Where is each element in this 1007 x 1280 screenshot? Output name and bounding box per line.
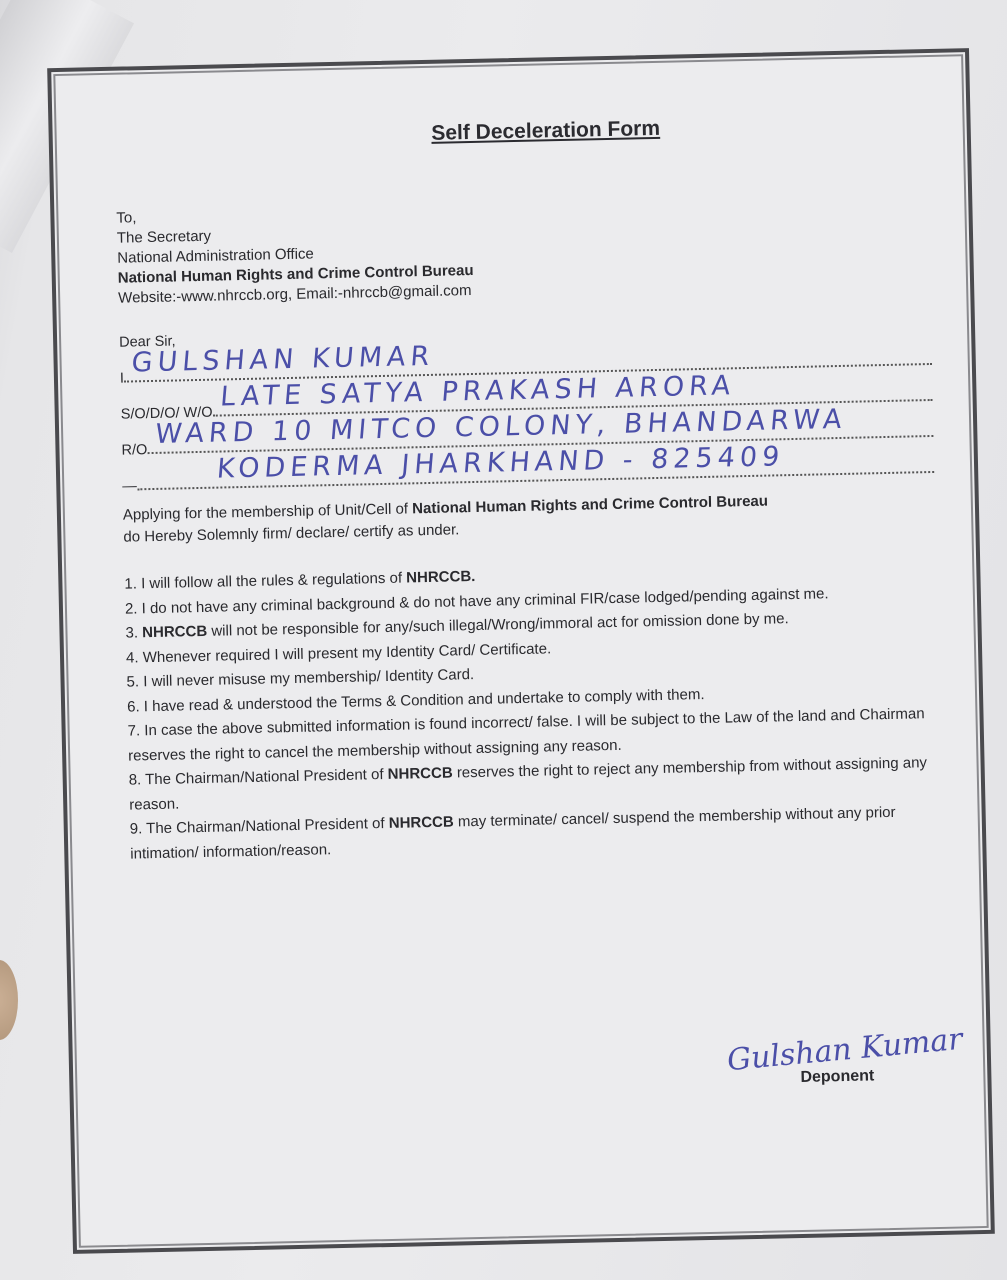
signature-block: Gulshan Kumar Deponent	[726, 1031, 947, 1089]
name-label: I	[120, 371, 124, 387]
declaration-org: NHRCCB.	[406, 568, 476, 587]
form-content: Self Deceleration Form To, The Secretary…	[114, 93, 942, 867]
intro-paragraph: Applying for the membership of Unit/Cell…	[123, 487, 936, 549]
residence-label: R/O	[121, 442, 147, 459]
residence-2-dotted-line: KODERMA JHARKHAND - 825409	[137, 471, 934, 490]
residence-2-label: —	[122, 478, 137, 494]
declaration-text: 3.	[125, 624, 142, 641]
declaration-text: 8. The Chairman/National President of	[129, 766, 388, 789]
thumb	[0, 960, 18, 1040]
declaration-text: 1. I will follow all the rules & regulat…	[124, 569, 406, 592]
intro-text-2: do Hereby Solemnly firm/ declare/ certif…	[123, 521, 459, 545]
declaration-text: 9. The Chairman/National President of	[130, 815, 389, 838]
declaration-org: NHRCCB	[389, 814, 454, 832]
declaration-org: NHRCCB	[142, 623, 207, 641]
form-title: Self Deceleration Form	[164, 111, 926, 152]
declaration-list: 1. I will follow all the rules & regulat…	[124, 555, 942, 867]
name-value: GULSHAN KUMAR	[130, 341, 435, 379]
form-sheet: Self Deceleration Form To, The Secretary…	[47, 48, 995, 1254]
intro-text: Applying for the membership of Unit/Cell…	[123, 500, 413, 523]
declaration-text: 5. I will never misuse my membership/ Id…	[126, 666, 474, 691]
recipient-address: To, The Secretary National Administratio…	[116, 191, 930, 309]
intro-org: National Human Rights and Crime Control …	[412, 493, 768, 518]
declaration-org: NHRCCB	[388, 765, 453, 783]
